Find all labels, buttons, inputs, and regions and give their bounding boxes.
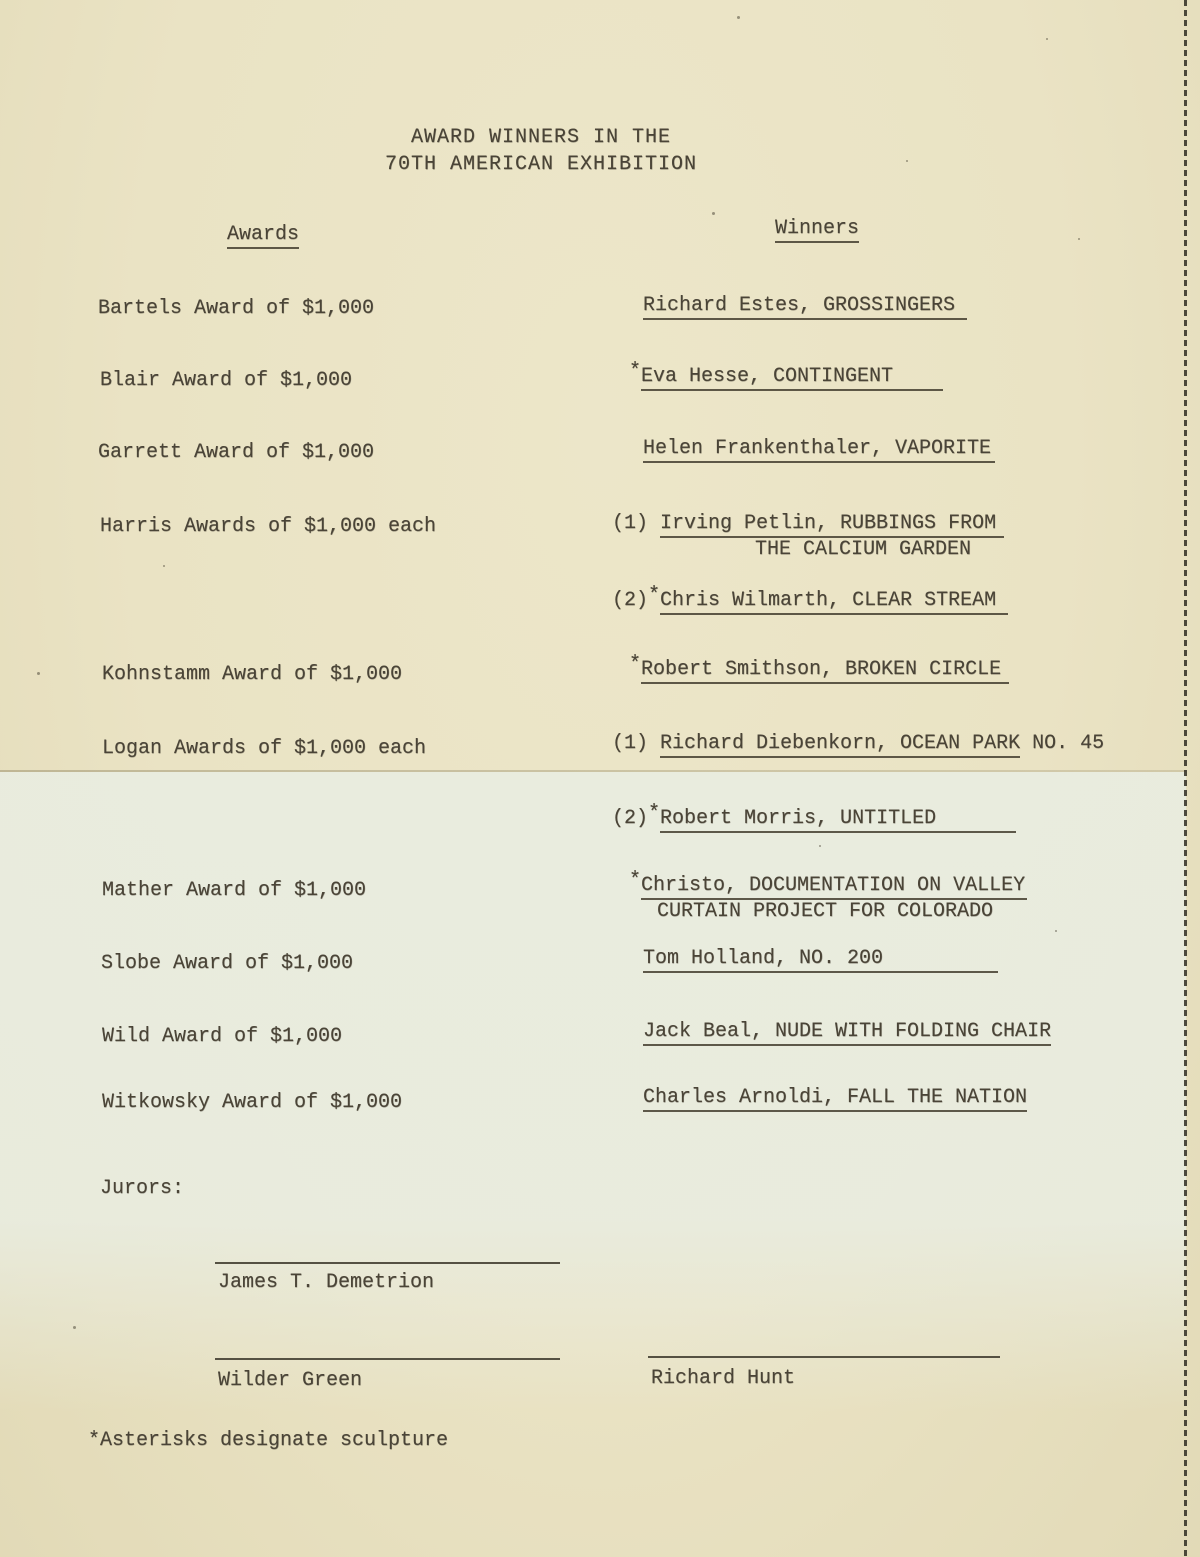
- winner-entry: Charles Arnoldi, FALL THE NATION: [643, 1085, 1027, 1111]
- award-label: Garrett Award of $1,000: [98, 440, 374, 466]
- document-title: AWARD WINNERS IN THE 70TH AMERICAN EXHIB…: [0, 124, 1082, 178]
- signature-line: [648, 1356, 1000, 1358]
- scanned-document-page: AWARD WINNERS IN THE 70TH AMERICAN EXHIB…: [0, 0, 1200, 1557]
- paper-speck: [73, 1326, 76, 1329]
- sculpture-asterisk: *: [629, 653, 641, 676]
- signature-line: [215, 1358, 560, 1360]
- winner-entry: Jack Beal, NUDE WITH FOLDING CHAIR: [643, 1019, 1051, 1045]
- awards-column-header: Awards: [227, 222, 299, 248]
- signature-line: [215, 1262, 560, 1264]
- winner-entry: Richard Estes, GROSSINGERS: [643, 293, 967, 319]
- winner-suffix: NO. 45: [1020, 732, 1104, 755]
- juror-name: Wilder Green: [218, 1368, 362, 1394]
- award-label: Wild Award of $1,000: [102, 1024, 342, 1050]
- juror-name: Richard Hunt: [651, 1366, 795, 1392]
- juror-name: James T. Demetrion: [218, 1270, 434, 1296]
- award-label: Mather Award of $1,000: [102, 878, 366, 904]
- awards-header-text: Awards: [227, 223, 299, 249]
- winner-name: Helen Frankenthaler, VAPORITE: [643, 437, 995, 463]
- jurors-label: Jurors:: [100, 1176, 184, 1202]
- paper-speck: [712, 212, 715, 215]
- winner-entry: (2)*Chris Wilmarth, CLEAR STREAM: [612, 588, 1008, 614]
- winner-name: Charles Arnoldi, FALL THE NATION: [643, 1086, 1027, 1112]
- winner-name: Richard Diebenkorn, OCEAN PARK: [660, 732, 1020, 758]
- award-label: Blair Award of $1,000: [100, 368, 352, 394]
- winner-name: Chris Wilmarth, CLEAR STREAM: [660, 589, 1008, 615]
- sculpture-asterisk: *: [629, 869, 641, 892]
- winner-name: Jack Beal, NUDE WITH FOLDING CHAIR: [643, 1020, 1051, 1046]
- winner-entry: *Eva Hesse, CONTINGENT: [629, 364, 943, 390]
- award-label: Slobe Award of $1,000: [101, 951, 353, 977]
- winner-entry: (1) Richard Diebenkorn, OCEAN PARK NO. 4…: [612, 731, 1104, 757]
- award-label: Logan Awards of $1,000 each: [102, 736, 426, 762]
- paper-speck: [163, 565, 165, 567]
- title-line-2: 70TH AMERICAN EXHIBITION: [0, 151, 1082, 178]
- winner-entry: *Christo, DOCUMENTATION ON VALLEY: [629, 873, 1027, 899]
- winner-number: (1): [612, 512, 660, 535]
- winner-number: (2): [612, 589, 648, 612]
- award-label: Witkowsky Award of $1,000: [102, 1090, 402, 1116]
- winner-name-line2: THE CALCIUM GARDEN: [755, 537, 971, 563]
- winner-name: Irving Petlin, RUBBINGS FROM: [660, 512, 1004, 538]
- footnote: *Asterisks designate sculpture: [88, 1428, 448, 1454]
- winner-name: Robert Morris, UNTITLED: [660, 807, 1016, 833]
- winner-name: Robert Smithson, BROKEN CIRCLE: [641, 658, 1009, 684]
- winner-entry: (1) Irving Petlin, RUBBINGS FROM: [612, 511, 1004, 537]
- title-line-1: AWARD WINNERS IN THE: [0, 124, 1082, 151]
- paper-fold-crease: [0, 770, 1186, 772]
- winner-name: Eva Hesse, CONTINGENT: [641, 365, 943, 391]
- winners-column-header: Winners: [775, 216, 859, 242]
- winner-name: Christo, DOCUMENTATION ON VALLEY: [641, 874, 1027, 900]
- paper-speck: [1046, 38, 1048, 40]
- award-label: Bartels Award of $1,000: [98, 296, 374, 322]
- winner-number: (1): [612, 732, 660, 755]
- winner-name-line2: CURTAIN PROJECT FOR COLORADO: [657, 899, 993, 925]
- sculpture-asterisk: *: [648, 584, 660, 607]
- winner-entry: Helen Frankenthaler, VAPORITE: [643, 436, 995, 462]
- page-edge-dashed-line: [1184, 0, 1187, 1557]
- paper-speck: [1078, 238, 1080, 240]
- sculpture-asterisk: *: [648, 802, 660, 825]
- award-label: Harris Awards of $1,000 each: [100, 514, 436, 540]
- paper-speck: [1055, 930, 1057, 932]
- award-label: Kohnstamm Award of $1,000: [102, 662, 402, 688]
- winner-name: Tom Holland, NO. 200: [643, 947, 998, 973]
- winner-entry: Tom Holland, NO. 200: [643, 946, 998, 972]
- paper-speck: [737, 16, 740, 19]
- winner-number: (2): [612, 807, 648, 830]
- paper-speck: [37, 672, 40, 675]
- winner-entry: *Robert Smithson, BROKEN CIRCLE: [629, 657, 1009, 683]
- winner-name: Richard Estes, GROSSINGERS: [643, 294, 967, 320]
- paper-speck: [819, 845, 821, 847]
- sculpture-asterisk: *: [629, 360, 641, 383]
- winner-entry: (2)*Robert Morris, UNTITLED: [612, 806, 1016, 832]
- winners-header-text: Winners: [775, 217, 859, 243]
